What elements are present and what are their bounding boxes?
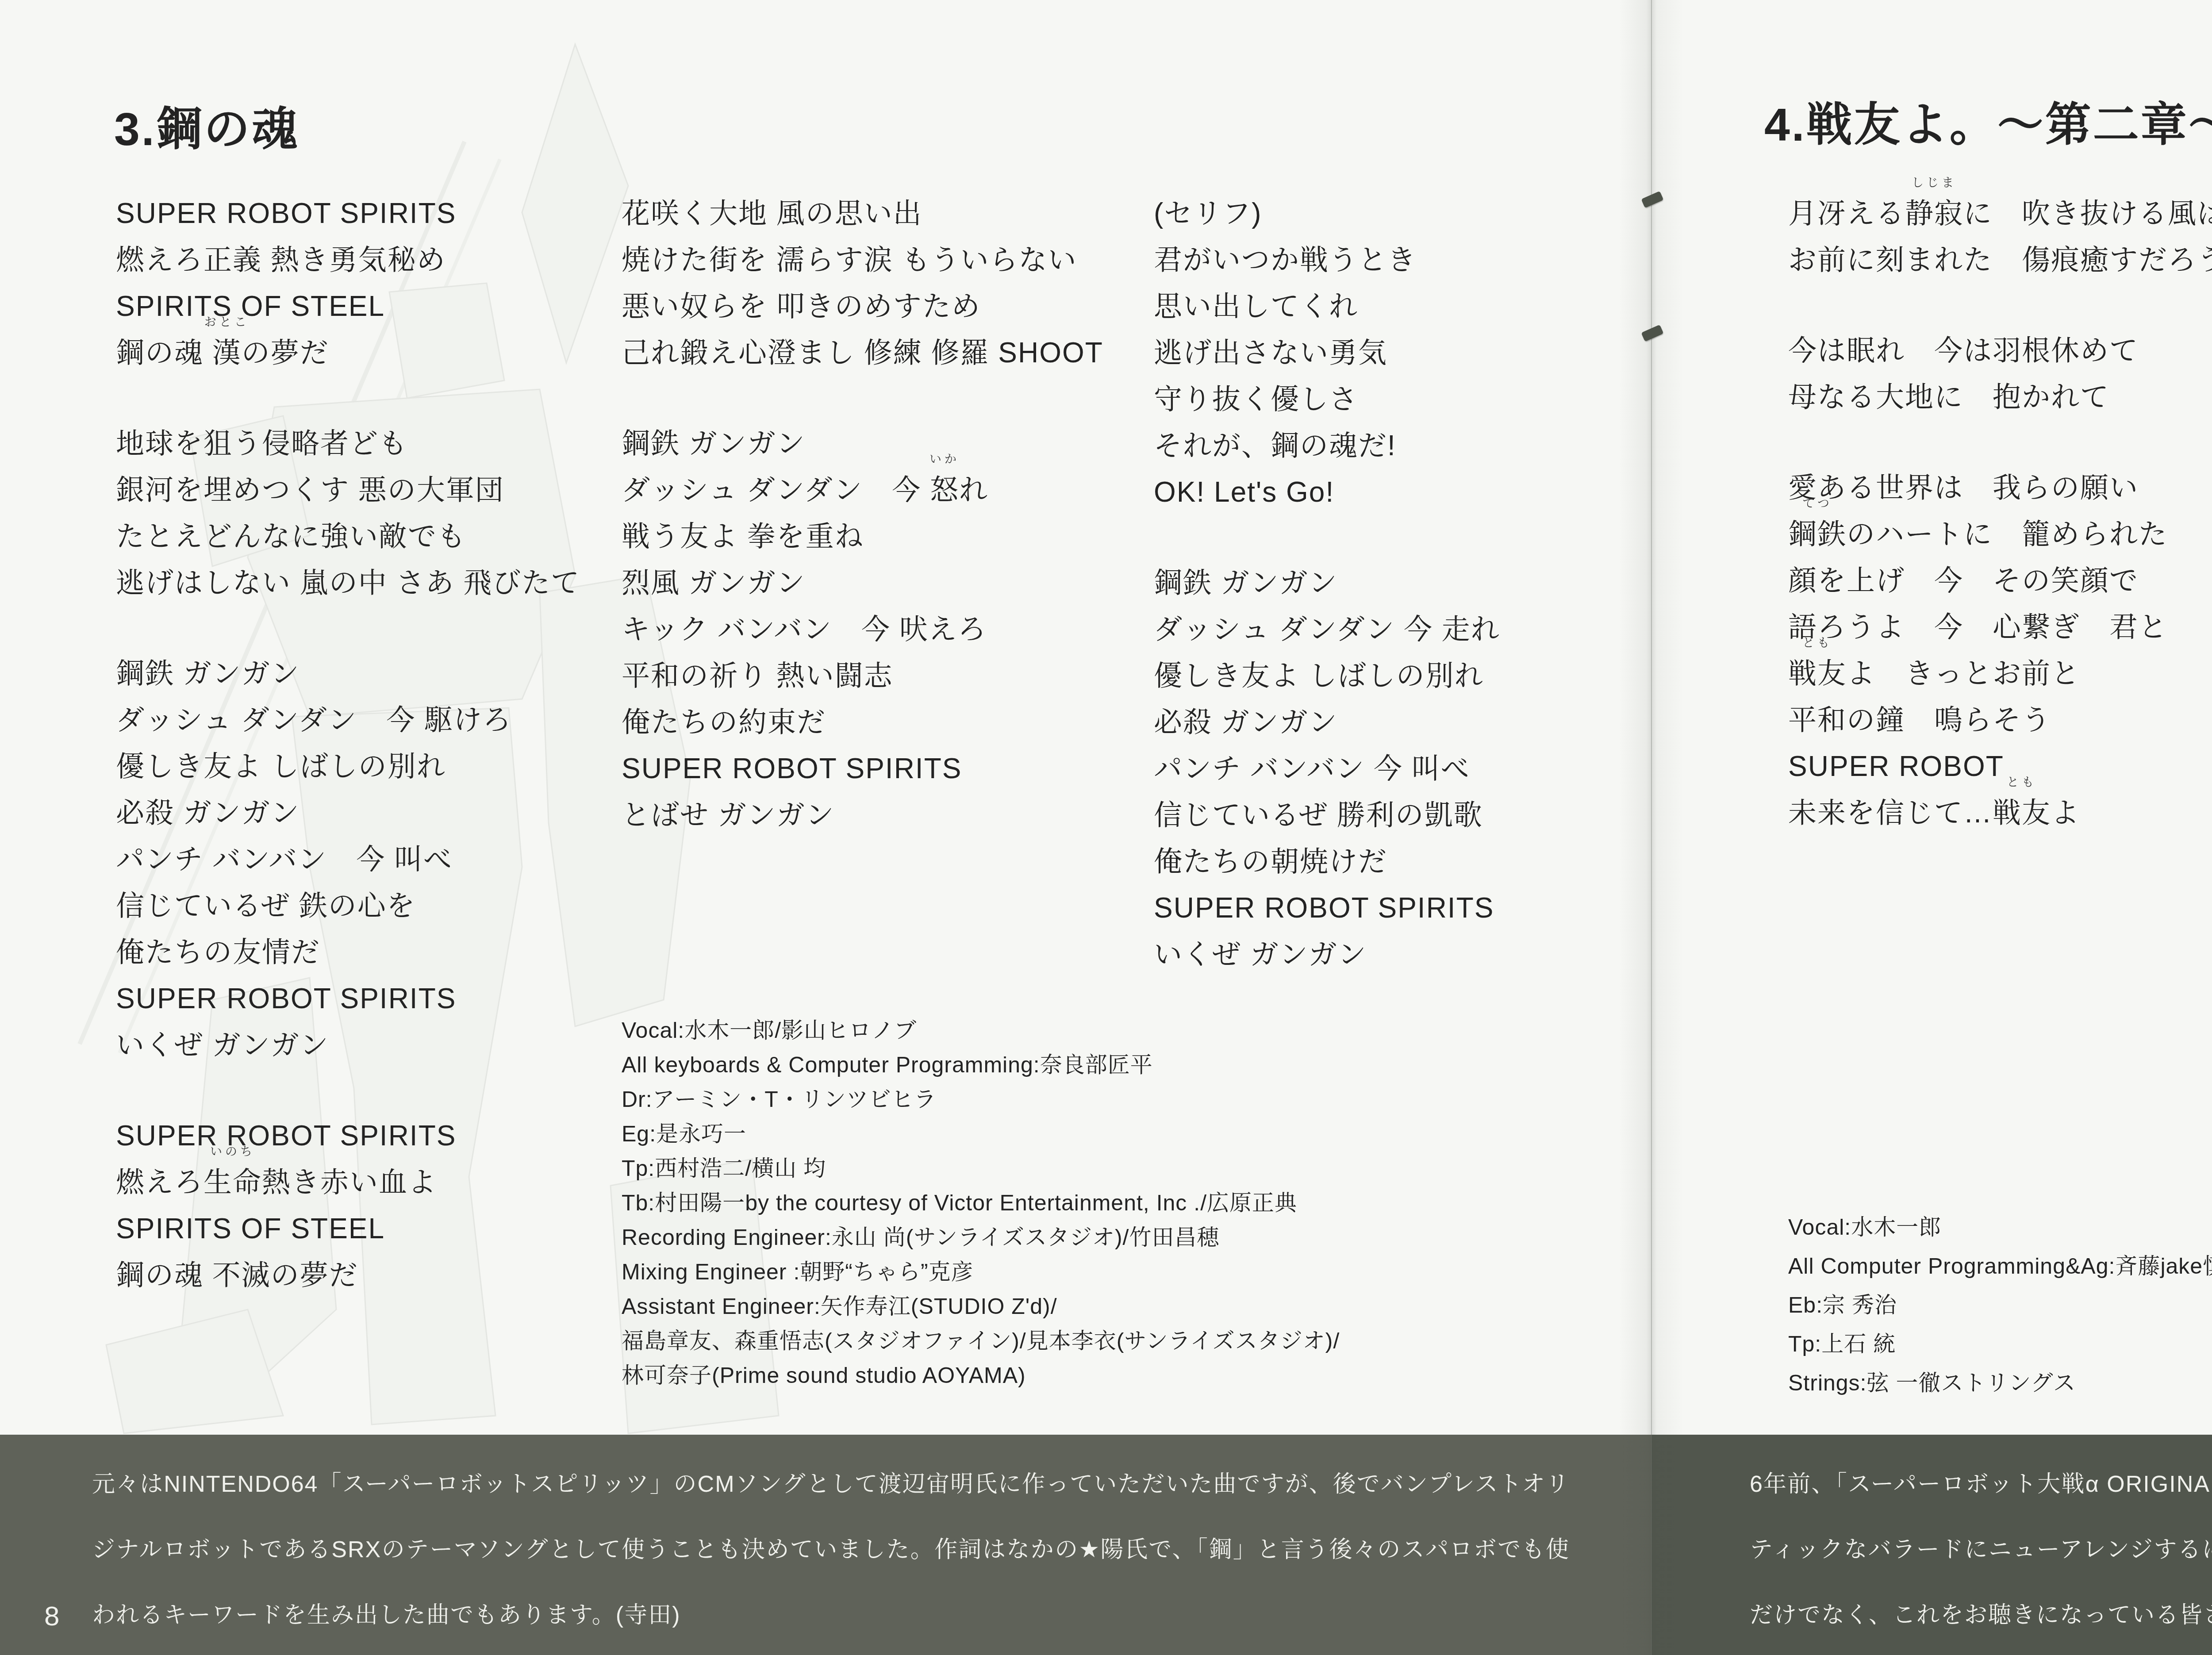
credit-line: Eg:是永巧一 [622, 1117, 1340, 1151]
lyric-line: ダッシュ ダンダン 今 走れ [1154, 606, 1500, 653]
lyrics-column-4: 月冴える静寂しじまに 吹き抜ける風はお前に刻まれた 傷痕癒すだろう今は眠れ 今は… [1788, 190, 2212, 880]
left-page: 3.鋼の魂 SUPER ROBOT SPIRITS燃えろ正義 熱き勇気秘めSPI… [0, 0, 1651, 1655]
ruby-base: 怒いか [930, 467, 959, 513]
lyric-line: 焼けた街を 濡らす涙 もういらない [622, 237, 1103, 283]
credit-line: Tp:西村浩二/横山 均 [622, 1151, 1340, 1186]
lyric-line: 己れ鍛え心澄まし 修練 修羅 SHOOT [622, 330, 1103, 376]
furigana: いのち [210, 1146, 255, 1158]
lyrics-column-3: (セリフ)君がいつか戦うとき思い出してくれ逃げ出さない勇気守り抜く優しさそれが、… [1154, 190, 1500, 1022]
lyric-line: 守り抜く優しさ [1154, 376, 1500, 422]
lyric-line: 鋼鉄 ガンガン [1154, 560, 1500, 606]
lyric-line: 語ろうよ 今 心繋ぎ 君と [1788, 604, 2212, 650]
lyric-line: キック バンバン 今 吠えろ [622, 606, 1103, 653]
lyric-line: 信じているぜ 勝利の凱歌 [1154, 792, 1500, 838]
stanza: 地球を狙う侵略者ども銀河を埋めつくす 悪の大軍団たとえどんなに強い敵でも逃げはし… [116, 420, 580, 606]
lyric-line: (セリフ) [1154, 190, 1500, 237]
credit-line: Tb:村田陽一by the courtesy of Victor Enterta… [622, 1186, 1340, 1220]
booklet-spread: 3.鋼の魂 SUPER ROBOT SPIRITS燃えろ正義 熱き勇気秘めSPI… [0, 0, 2212, 1655]
lyric-line: 母なる大地に 抱かれて [1788, 374, 2212, 420]
furigana: とも [1802, 637, 1832, 649]
lyric-line: パンチ バンバン 今 叫べ [116, 836, 580, 883]
lyric-line: 思い出してくれ [1154, 283, 1500, 330]
left-page-credits: Vocal:水木一郎/影山ヒロノブAll keyboards & Compute… [622, 1013, 1340, 1393]
ruby-base: 静寂しじま [1905, 190, 1963, 237]
lyric-line: いくぜ ガンガン [116, 1022, 580, 1068]
lyric-line: 花咲く大地 風の思い出 [622, 190, 1103, 237]
credit-line: Assistant Engineer:矢作寿江(STUDIO Z'd)/ [622, 1289, 1340, 1324]
credit-line: 林可奈子(Prime sound studio AOYAMA) [622, 1358, 1340, 1393]
lyric-line: SUPER ROBOT [1788, 743, 2212, 790]
credit-line: Vocal:水木一郎/影山ヒロノブ [622, 1013, 1340, 1048]
lyric-line: 鋼の魂 漢おとこの夢だ [116, 330, 580, 376]
left-page-title: 3.鋼の魂 [114, 92, 300, 158]
stanza: 鋼鉄 ガンガンダッシュ ダンダン 今 怒いかれ戦う友よ 拳を重ね烈風 ガンガンキ… [622, 420, 1103, 838]
lyric-line: お前に刻まれた 傷痕癒すだろう [1788, 237, 2212, 283]
lyrics-column-1: SUPER ROBOT SPIRITS燃えろ正義 熱き勇気秘めSPIRITS O… [116, 190, 580, 1343]
credit-line: All Computer Programming&Ag:斉藤jake慎吾 [1788, 1247, 2212, 1286]
left-page-number: 8 [44, 1601, 59, 1632]
lyric-line: 俺たちの友情だ [116, 929, 580, 975]
credit-line: 福島章友、森重悟志(スタジオファイン)/見本李衣(サンライズスタジオ)/ [622, 1324, 1340, 1358]
lyric-line: 顔を上げ 今 その笑顔で [1788, 557, 2212, 604]
lyric-line: 銀河を埋めつくす 悪の大軍団 [116, 467, 580, 513]
lyric-line: SUPER ROBOT SPIRITS [116, 975, 580, 1022]
lyric-line: 烈風 ガンガン [622, 560, 1103, 606]
credit-line: Mixing Engineer :朝野“ちゃら”克彦 [622, 1255, 1340, 1289]
lyric-line: 地球を狙う侵略者ども [116, 420, 580, 467]
lyric-line: SUPER ROBOT SPIRITS [116, 1113, 580, 1159]
lyric-line: それが、鋼の魂だ! [1154, 422, 1500, 469]
lyric-line: 愛ある世界は 我らの願い [1788, 465, 2212, 511]
lyric-line: たとえどんなに強い敵でも [116, 513, 580, 560]
lyric-line: SUPER ROBOT SPIRITS [622, 745, 1103, 792]
lyric-line: 必殺 ガンガン [116, 790, 580, 836]
lyric-line: 俺たちの約束だ [622, 699, 1103, 745]
lyric-line: 戦う友よ 拳を重ね [622, 513, 1103, 560]
lyric-line: SPIRITS OF STEEL [116, 283, 580, 330]
right-page-title: 4.戦友よ。～第二章～ [1764, 88, 2212, 154]
lyric-line: 平和の鐘 鳴らそう [1788, 697, 2212, 743]
lyric-line: 鋼鉄 ガンガン [622, 420, 1103, 467]
right-footer-note: 6年前、「スーパーロボット大戦α ORIGINAL SCORE」のテーマソングと… [1750, 1451, 2212, 1648]
lyric-line: 燃えろ正義 熱き勇気秘め [116, 237, 580, 283]
furigana: とも [2007, 776, 2037, 788]
left-footer-note: 元々はNINTENDO64「スーパーロボットスピリッツ」のCMソングとして渡辺宙… [92, 1451, 1570, 1648]
lyric-line: 必殺 ガンガン [1154, 699, 1500, 745]
lyric-line: 戦友ともよ きっとお前と [1788, 650, 2212, 697]
lyric-line: 燃えろ生命いのち熱き赤い血よ [116, 1159, 580, 1206]
lyric-line: 鋼鉄てつのハートに 籠められた [1788, 511, 2212, 557]
lyric-line: いくぜ ガンガン [1154, 931, 1500, 978]
right-page-credits-left: Vocal:水木一郎All Computer Programming&Ag:斉藤… [1788, 1208, 2212, 1402]
right-page-footer-band: 6年前、「スーパーロボット大戦α ORIGINAL SCORE」のテーマソングと… [1651, 1435, 2212, 1655]
lyric-line: 俺たちの朝焼けだ [1154, 838, 1500, 885]
lyric-line: 月冴える静寂しじまに 吹き抜ける風は [1788, 190, 2212, 237]
lyric-line: 悪い奴らを 叩きのめすため [622, 283, 1103, 330]
stanza: 月冴える静寂しじまに 吹き抜ける風はお前に刻まれた 傷痕癒すだろう [1788, 190, 2212, 283]
left-page-footer-band: 元々はNINTENDO64「スーパーロボットスピリッツ」のCMソングとして渡辺宙… [0, 1435, 1651, 1655]
ruby-base: 戦友とも [1993, 790, 2051, 836]
credit-line: Eb:宗 秀治 [1788, 1286, 2212, 1325]
ruby-base: 鋼鉄てつ [1788, 511, 1847, 557]
ruby-base: 漢おとこ [212, 330, 242, 376]
credit-line: Vocal:水木一郎 [1788, 1208, 2212, 1247]
furigana: おとこ [204, 316, 250, 328]
furigana: いか [929, 453, 960, 465]
credit-line: Tp:上石 統 [1788, 1325, 2212, 1363]
lyric-line: 鋼鉄 ガンガン [116, 650, 580, 697]
ruby-base: 生命いのち [204, 1159, 262, 1206]
stanza: 今は眠れ 今は羽根休めて母なる大地に 抱かれて [1788, 327, 2212, 420]
lyric-line: とばせ ガンガン [622, 792, 1103, 838]
lyric-line: 君がいつか戦うとき [1154, 237, 1500, 283]
lyric-line: パンチ バンバン 今 叫べ [1154, 745, 1500, 792]
stanza: 花咲く大地 風の思い出焼けた街を 濡らす涙 もういらない悪い奴らを 叩きのめすた… [622, 190, 1103, 376]
lyric-line: 鋼の魂 不滅の夢だ [116, 1252, 580, 1298]
lyric-line: SUPER ROBOT SPIRITS [116, 190, 580, 237]
lyric-line: 未来を信じて…戦友ともよ [1788, 790, 2212, 836]
stanza: (セリフ)君がいつか戦うとき思い出してくれ逃げ出さない勇気守り抜く優しさそれが、… [1154, 190, 1500, 515]
lyric-line: SPIRITS OF STEEL [116, 1206, 580, 1252]
stanza: 鋼鉄 ガンガンダッシュ ダンダン 今 走れ優しき友よ しばしの別れ必殺 ガンガン… [1154, 560, 1500, 978]
furigana: てつ [1802, 498, 1832, 510]
lyric-line: 優しき友よ しばしの別れ [116, 743, 580, 790]
lyric-line: ダッシュ ダンダン 今 駆けろ [116, 697, 580, 743]
lyric-line: ダッシュ ダンダン 今 怒いかれ [622, 467, 1103, 513]
lyric-line: SUPER ROBOT SPIRITS [1154, 885, 1500, 931]
lyric-line: 優しき友よ しばしの別れ [1154, 653, 1500, 699]
lyric-line: 信じているぜ 鉄の心を [116, 883, 580, 929]
stanza: 愛ある世界は 我らの願い鋼鉄てつのハートに 籠められた顔を上げ 今 その笑顔で語… [1788, 465, 2212, 836]
credit-line: Dr:アーミン・T・リンツビヒラ [622, 1082, 1340, 1117]
furigana: しじま [1912, 177, 1957, 189]
stanza: SUPER ROBOT SPIRITS燃えろ生命いのち熱き赤い血よSPIRITS… [116, 1113, 580, 1298]
credit-line: All keyboards & Computer Programming:奈良部… [622, 1048, 1340, 1082]
lyric-line: OK! Let's Go! [1154, 469, 1500, 515]
credit-line: Strings:弦 一徹ストリングス [1788, 1363, 2212, 1402]
lyrics-column-2: 花咲く大地 風の思い出焼けた街を 濡らす涙 もういらない悪い奴らを 叩きのめすた… [622, 190, 1103, 883]
credit-line: Recording Engineer:永山 尚(サンライズスタジオ)/竹田昌穂 [622, 1220, 1340, 1255]
stanza: SUPER ROBOT SPIRITS燃えろ正義 熱き勇気秘めSPIRITS O… [116, 190, 580, 376]
right-page: 4.戦友よ。～第二章～ 月冴える静寂しじまに 吹き抜ける風はお前に刻まれた 傷痕… [1651, 0, 2212, 1655]
lyric-line: 逃げ出さない勇気 [1154, 330, 1500, 376]
lyric-line: 逃げはしない 嵐の中 さあ 飛びたて [116, 560, 580, 606]
lyric-line: 今は眠れ 今は羽根休めて [1788, 327, 2212, 374]
stanza: 鋼鉄 ガンガンダッシュ ダンダン 今 駆けろ優しき友よ しばしの別れ必殺 ガンガ… [116, 650, 580, 1068]
lyric-line: 平和の祈り 熱い闘志 [622, 653, 1103, 699]
ruby-base: 戦友とも [1788, 650, 1847, 697]
